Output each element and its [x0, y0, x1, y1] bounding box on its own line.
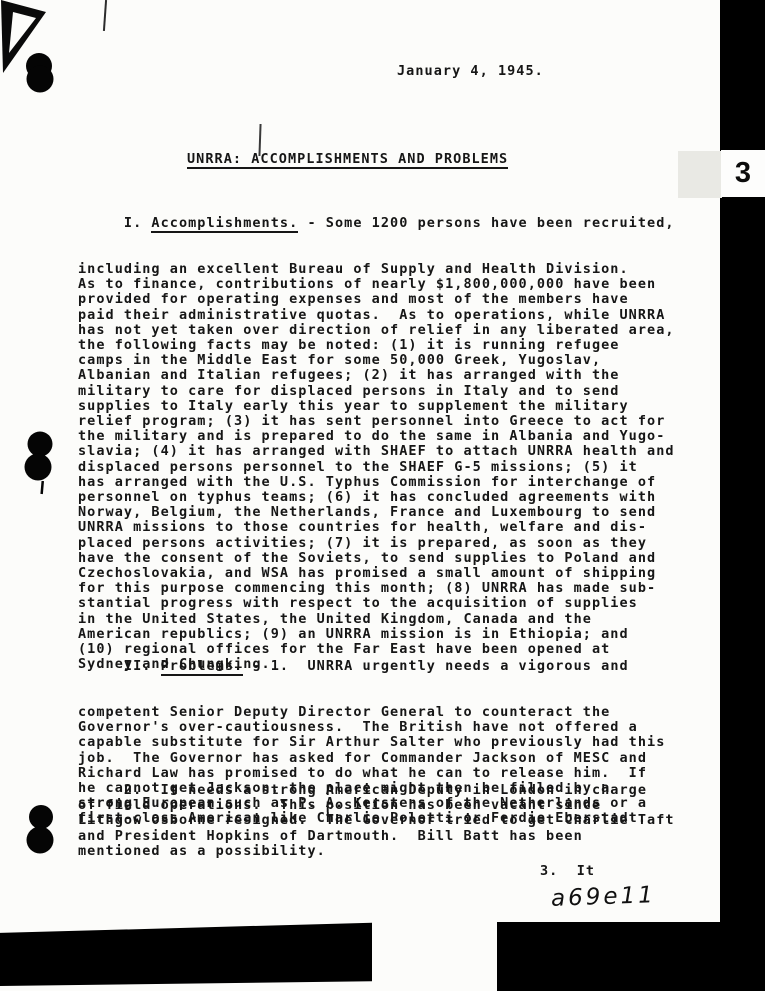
- page-catchword: 3. It: [540, 864, 595, 879]
- ink-blob-bottom: [26, 803, 58, 859]
- section2-heading-rest: - 1. UNRRA urgently needs a vigorous and: [243, 658, 628, 674]
- page-number: 3: [735, 157, 751, 190]
- document-title-text: UNRRA: ACCOMPLISHMENTS AND PROBLEMS: [187, 151, 508, 169]
- section1-heading-line: I. Accomplishments. - Some 1200 persons …: [78, 216, 675, 231]
- scan-border-bottom-left: [0, 920, 372, 988]
- ink-blob-top: [24, 51, 56, 95]
- handwritten-note: a69e11: [551, 882, 657, 912]
- section1-numeral: I.: [78, 215, 151, 231]
- section2-heading: Problems.: [161, 658, 244, 676]
- page-number-tab-shadow: [678, 151, 722, 198]
- scan-border-bottom-right: [497, 922, 765, 991]
- section1-body: including an excellent Bureau of Supply …: [78, 262, 675, 672]
- scanned-document-page: January 4, 1945. UNRRA: ACCOMPLISHMENTS …: [0, 0, 765, 991]
- document-date: January 4, 1945.: [397, 64, 544, 79]
- document-title: UNRRA: ACCOMPLISHMENTS AND PROBLEMS: [187, 152, 508, 167]
- ink-blob-middle: [24, 429, 58, 497]
- scan-border-right: [720, 0, 765, 991]
- section2-heading-line: II. Problems. - 1. UNRRA urgently needs …: [78, 659, 665, 674]
- section2-numeral: II.: [78, 658, 161, 674]
- section1-heading: Accomplishments.: [151, 215, 298, 233]
- section1-heading-rest: - Some 1200 persons have been recruited,: [298, 215, 674, 231]
- pen-stroke-top: [103, 0, 107, 31]
- section-problems-item2: 2. It needs a strong American Deputy in …: [78, 783, 675, 859]
- section-accomplishments: I. Accomplishments. - Some 1200 persons …: [78, 186, 675, 703]
- page-number-tab: 3: [721, 150, 765, 197]
